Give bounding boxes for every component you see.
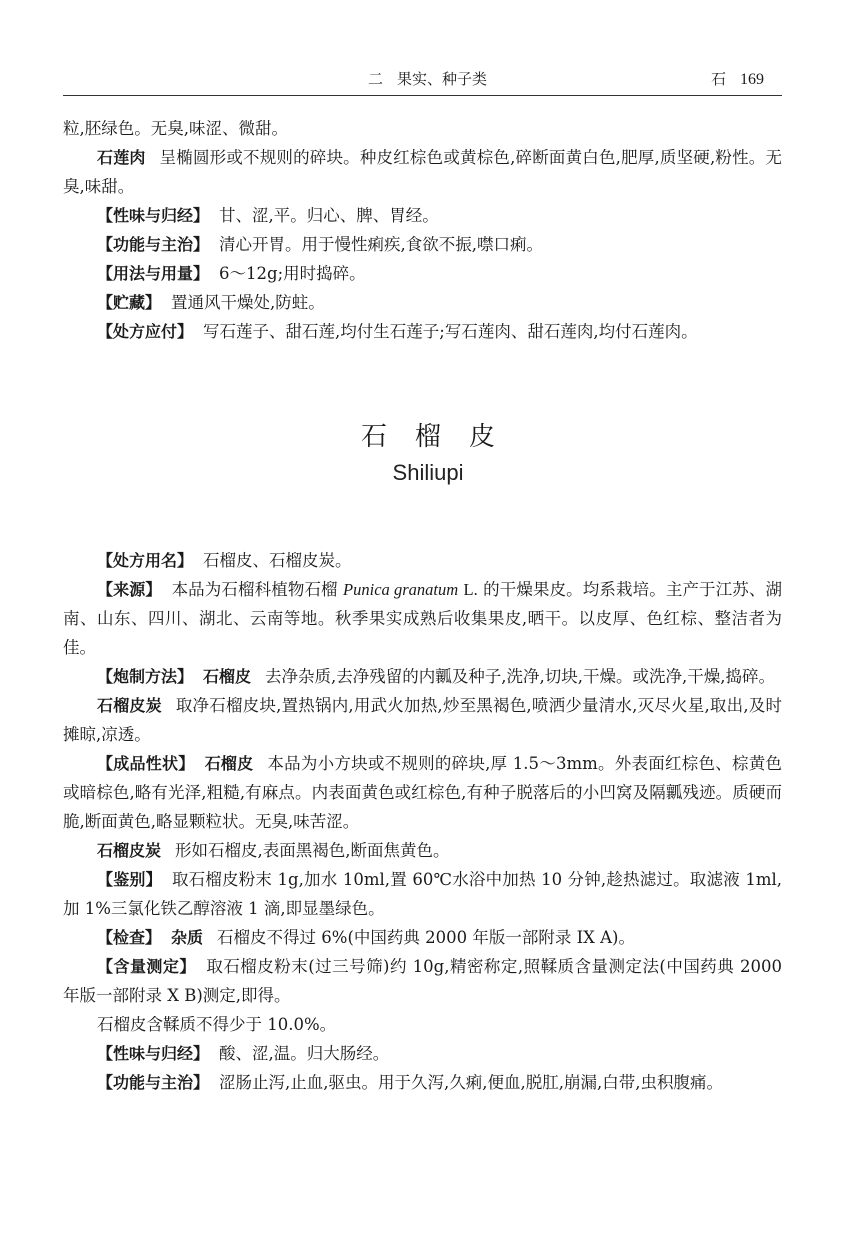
- section-text: 石榴皮、石榴皮炭。: [203, 551, 352, 570]
- item-label: 【处方应付】: [97, 322, 193, 341]
- term: 石榴皮炭: [97, 841, 161, 860]
- term: 石榴皮: [203, 667, 251, 686]
- section-text: 取石榴皮粉末 1g,加水 10ml,置 60℃水浴中加热 10 分钟,趁热滤过。…: [63, 870, 782, 918]
- section-text: 酸、涩,温。归大肠经。: [219, 1044, 389, 1063]
- section-nature: 【性味与归经】酸、涩,温。归大肠经。: [63, 1039, 782, 1068]
- section-source: 【来源】本品为石榴科植物石榴 Punica granatum L. 的干燥果皮。…: [63, 575, 782, 662]
- section-label: 【功能与主治】: [97, 1073, 209, 1092]
- section-label: 【检查】: [97, 928, 161, 947]
- paragraph: 粒,胚绿色。无臭,味涩、微甜。: [63, 114, 782, 143]
- item-label: 【功能与主治】: [97, 235, 209, 254]
- section-label: 【性味与归经】: [97, 1044, 209, 1063]
- section-label: 【成品性状】: [97, 754, 194, 773]
- header-rule: [63, 95, 782, 97]
- item-label: 【性味与归经】: [97, 206, 209, 225]
- section-label: 【来源】: [97, 580, 161, 599]
- section-text: 石榴皮不得过 6%(中国药典 2000 年版一部附录 IX A)。: [217, 928, 635, 947]
- item-text: 写石莲子、甜石莲,均付生石莲子;写石莲肉、甜石莲肉,均付石莲肉。: [203, 322, 698, 341]
- paragraph-text: 呈椭圆形或不规则的碎块。种皮红棕色或黄棕色,碎断面黄白色,肥厚,质坚硬,粉性。无…: [63, 148, 782, 196]
- section-characters: 【成品性状】石榴皮本品为小方块或不规则的碎块,厚 1.5～3mm。外表面红棕色、…: [63, 749, 782, 836]
- section-label: 【处方用名】: [97, 551, 193, 570]
- section-function: 【功能与主治】涩肠止泻,止血,驱虫。用于久泻,久痢,便血,脱肛,崩漏,白带,虫积…: [63, 1068, 782, 1097]
- latin-name: Punica granatum: [343, 580, 458, 599]
- running-head-char: 石: [711, 70, 726, 88]
- item-text: 置通风干燥处,防蛀。: [171, 293, 325, 312]
- item-text: 甘、涩,平。归心、脾、胃经。: [219, 206, 439, 225]
- section-text: 形如石榴皮,表面黑褐色,断面焦黄色。: [175, 841, 450, 860]
- item-function: 【功能与主治】清心开胃。用于慢性痢疾,食欲不振,噤口痢。: [63, 230, 782, 259]
- section-assay-note: 石榴皮含鞣质不得少于 10.0%。: [63, 1010, 782, 1039]
- entry-title-pinyin: Shiliupi: [0, 460, 856, 486]
- item-label: 【用法与用量】: [97, 264, 209, 283]
- section-text: 去净杂质,去净残留的内瓤及种子,洗净,切块,干燥。或洗净,干燥,捣碎。: [265, 667, 775, 686]
- section-processing: 【炮制方法】石榴皮去净杂质,去净残留的内瓤及种子,洗净,切块,干燥。或洗净,干燥…: [63, 662, 782, 691]
- entry-title-chinese: 石榴皮: [28, 418, 856, 456]
- page-number: 169: [740, 71, 764, 88]
- running-head: 石169: [711, 68, 764, 89]
- section-text: 取净石榴皮块,置热锅内,用武火加热,炒至黑褐色,喷洒少量清水,灭尽火星,取出,及…: [63, 696, 782, 744]
- section-text: 涩肠止泻,止血,驱虫。用于久泻,久痢,便血,脱肛,崩漏,白带,虫积腹痛。: [219, 1073, 723, 1092]
- latin-author: L.: [464, 580, 478, 599]
- term: 石莲肉: [97, 148, 146, 167]
- item-text: 6～12g;用时捣碎。: [219, 264, 366, 283]
- item-text: 清心开胃。用于慢性痢疾,食欲不振,噤口痢。: [219, 235, 543, 254]
- section-identification: 【鉴别】取石榴皮粉末 1g,加水 10ml,置 60℃水浴中加热 10 分钟,趁…: [63, 865, 782, 923]
- paragraph-shilianrou: 石莲肉呈椭圆形或不规则的碎块。种皮红棕色或黄棕色,碎断面黄白色,肥厚,质坚硬,粉…: [63, 143, 782, 201]
- section-title: 果实、种子类: [397, 70, 487, 88]
- item-storage: 【贮藏】置通风干燥处,防蛀。: [63, 288, 782, 317]
- item-dosage: 【用法与用量】6～12g;用时捣碎。: [63, 259, 782, 288]
- section-prescription-names: 【处方用名】石榴皮、石榴皮炭。: [63, 546, 782, 575]
- running-header: 二果实、种子类 石169: [63, 64, 782, 96]
- section-processing-charcoal: 石榴皮炭取净石榴皮块,置热锅内,用武火加热,炒至黑褐色,喷洒少量清水,灭尽火星,…: [63, 691, 782, 749]
- item-dispensing: 【处方应付】写石莲子、甜石莲,均付生石莲子;写石莲肉、甜石莲肉,均付石莲肉。: [63, 317, 782, 346]
- term: 石榴皮炭: [97, 696, 162, 715]
- section-heading: 二果实、种子类: [368, 68, 487, 89]
- section-inspection: 【检查】杂质石榴皮不得过 6%(中国药典 2000 年版一部附录 IX A)。: [63, 923, 782, 952]
- item-label: 【贮藏】: [97, 293, 161, 312]
- section-text: 本品为石榴科植物石榴: [171, 580, 337, 599]
- term: 石榴皮: [204, 754, 253, 773]
- term: 杂质: [171, 928, 203, 947]
- section-number: 二: [368, 70, 383, 88]
- entry-body: 【处方用名】石榴皮、石榴皮炭。 【来源】本品为石榴科植物石榴 Punica gr…: [63, 546, 782, 1097]
- section-assay: 【含量测定】取石榴皮粉末(过三号筛)约 10g,精密称定,照鞣质含量测定法(中国…: [63, 952, 782, 1010]
- section-characters-charcoal: 石榴皮炭形如石榴皮,表面黑褐色,断面焦黄色。: [63, 836, 782, 865]
- section-label: 【炮制方法】: [97, 667, 193, 686]
- section-label: 【含量测定】: [97, 957, 196, 976]
- item-nature: 【性味与归经】甘、涩,平。归心、脾、胃经。: [63, 201, 782, 230]
- section-label: 【鉴别】: [97, 870, 162, 889]
- previous-entry-continuation: 粒,胚绿色。无臭,味涩、微甜。 石莲肉呈椭圆形或不规则的碎块。种皮红棕色或黄棕色…: [63, 114, 782, 346]
- entry-title: 石榴皮 Shiliupi: [0, 418, 856, 486]
